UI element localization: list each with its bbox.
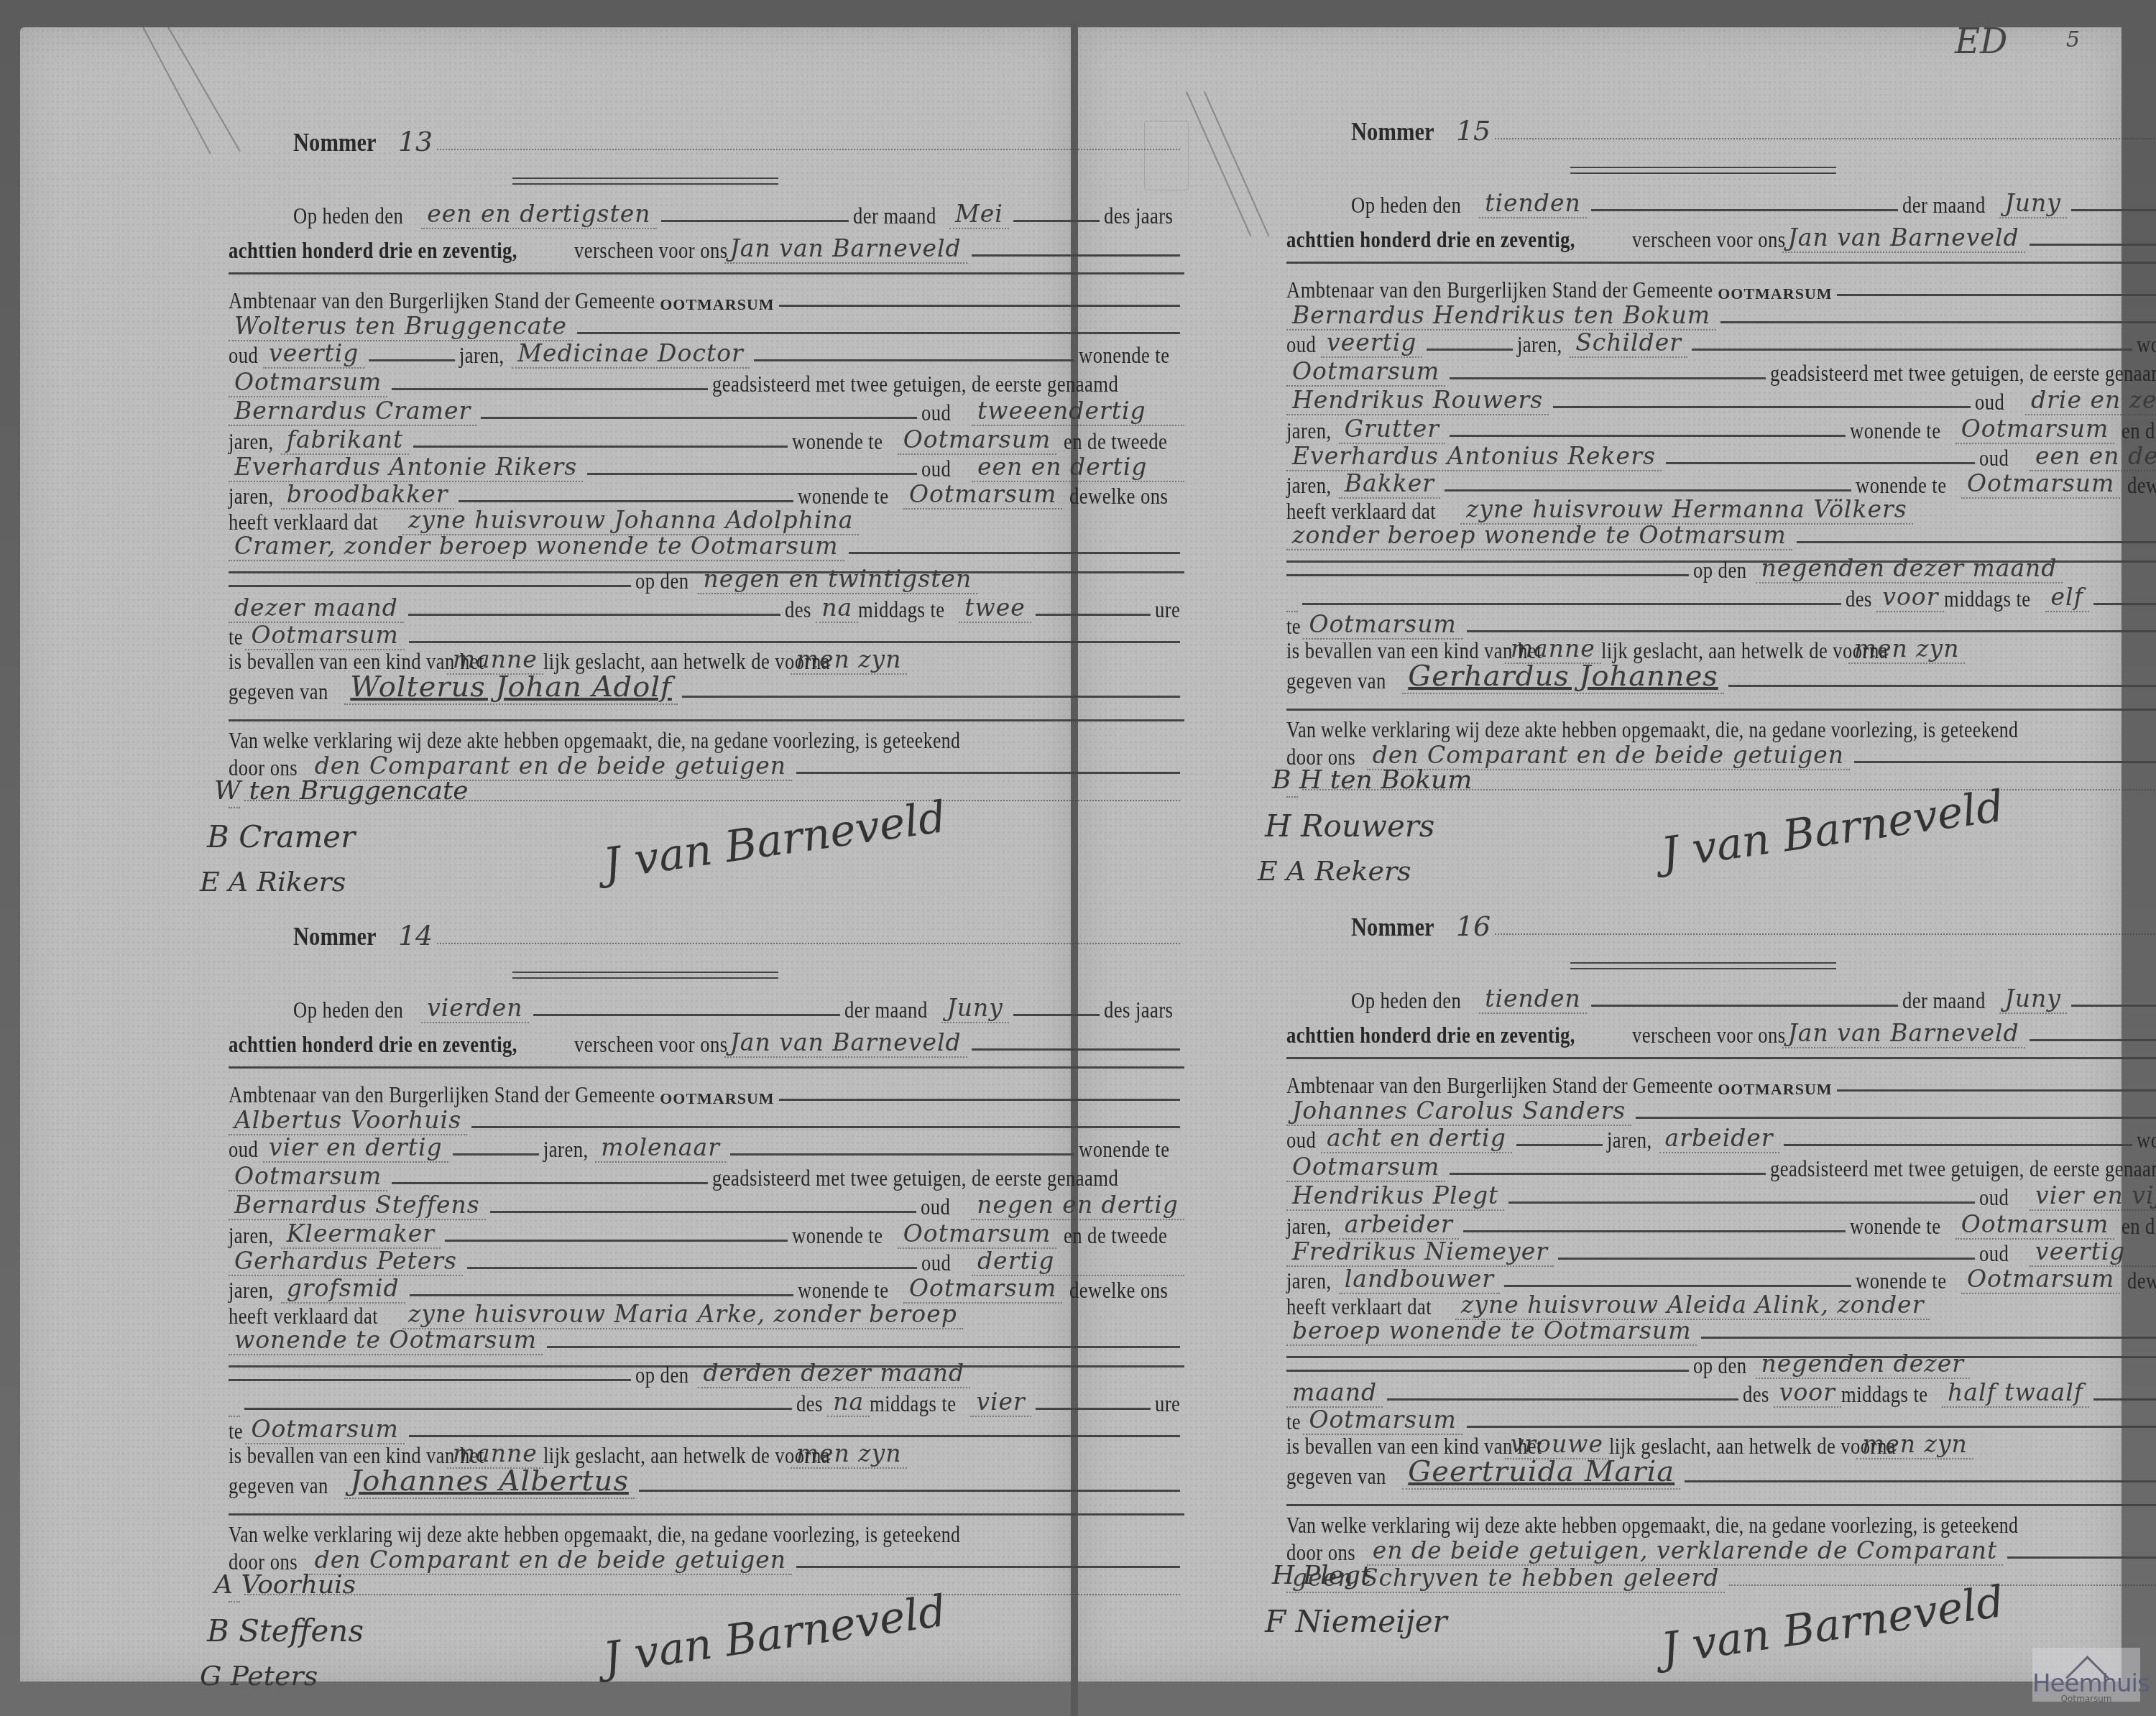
row-op-heden: Op heden den tienden der maand Juny des … — [1286, 187, 2156, 218]
fill-line — [413, 446, 788, 448]
nommer-number: 15 — [1456, 115, 1491, 147]
signature-2: B Cramer — [207, 819, 355, 854]
rule — [229, 719, 1184, 721]
pencil-stroke — [1186, 91, 1251, 236]
fill-line — [1516, 1144, 1603, 1146]
fill-line — [481, 417, 917, 419]
field-declarant-occupation: molenaar — [595, 1133, 726, 1163]
printed-text: oud — [921, 400, 964, 426]
fill-line — [1427, 349, 1513, 351]
field-birth-day: negen en twintigsten — [698, 565, 978, 594]
printed-text: wonende te — [2137, 332, 2156, 358]
signature-3: E A Rikers — [200, 866, 346, 898]
field-declarant-age: vier en dertig — [263, 1133, 448, 1163]
rule — [1286, 709, 2156, 711]
fill-line — [369, 359, 455, 361]
row-witness1: Bernardus Steffens oud negen en dertig — [229, 1189, 1184, 1220]
fill-line — [1450, 1173, 1765, 1175]
nommer-number: 16 — [1456, 910, 1491, 942]
printed-text: jaren, — [1517, 332, 1562, 358]
fill-line — [1387, 1398, 1738, 1401]
field-witness1-age: vier en vijftig — [2030, 1181, 2156, 1211]
printed-text: gegeven van — [1286, 668, 1386, 694]
printed-text: verscheen voor ons — [574, 1032, 728, 1058]
fill-line — [577, 332, 1180, 334]
field-declarant-age: veertig — [1321, 328, 1422, 358]
row-child-names: gegeven van Wolterus Johan Adolf — [229, 673, 1184, 705]
fill-line — [1728, 685, 2156, 687]
double-rule — [1570, 962, 1836, 969]
field-child-names: Johannes Albertus — [344, 1464, 635, 1499]
dotted-line — [1495, 138, 2156, 139]
signature-1: W ten Bruggencate — [214, 776, 469, 806]
fill-line — [1013, 220, 1100, 222]
fill-line — [682, 696, 1180, 698]
fill-line — [392, 388, 707, 390]
fill-line — [779, 305, 1180, 307]
fill-line — [754, 359, 1074, 361]
fill-line — [972, 254, 1180, 257]
field-witness1-name: Bernardus Steffens — [229, 1191, 486, 1220]
signature-3: E A Rekers — [1258, 855, 1411, 887]
fill-line — [1837, 1089, 2156, 1092]
row-child-names: gegeven van Geertruida Maria — [1286, 1458, 2156, 1490]
printed-text: wonende te — [1079, 343, 1169, 369]
row-declarant-residence: Ootmarsum geadsisteerd met twee getuigen… — [1286, 355, 2156, 387]
row-year: achttien honderd drie en zeventig, versc… — [229, 232, 1184, 264]
printed-text: op den — [635, 1362, 688, 1388]
field-witness1-name: Bernardus Cramer — [229, 397, 476, 426]
heemhuis-watermark: Heemhuis Ootmarsum — [2032, 1648, 2140, 1702]
field-day: tienden — [1479, 984, 1587, 1014]
fill-line — [1036, 614, 1151, 616]
printed-text: Op heden den — [1351, 193, 1461, 218]
fill-line — [1558, 1258, 1975, 1260]
printed-text: op den — [635, 568, 688, 594]
field-birth-day: negenden dezer — [1756, 1350, 1970, 1379]
printed-text: op den — [1693, 558, 1746, 583]
nommer-number: 13 — [398, 126, 433, 157]
field-official: Jan van Barneveld — [724, 234, 967, 264]
printed-year: achttien honderd drie en zeventig, — [229, 1032, 517, 1058]
rule — [229, 272, 1184, 275]
row-declarant-residence: Ootmarsum geadsisteerd met twee getuigen… — [1286, 1150, 2156, 1182]
printed-text: geadsisteerd met twee getuigen, de eerst… — [712, 1166, 1118, 1191]
printed-text: verscheen voor ons — [574, 238, 728, 264]
fill-line — [2093, 1398, 2156, 1401]
rule — [1286, 1057, 2156, 1059]
fill-line — [229, 585, 631, 587]
fill-line — [2071, 209, 2156, 211]
fill-line — [2030, 244, 2156, 246]
row-statement-2: wonende te Ootmarsum — [229, 1324, 1184, 1355]
fill-line — [1784, 1144, 2132, 1146]
row-year: achttien honderd drie en zeventig, versc… — [229, 1026, 1184, 1058]
fill-line — [587, 473, 917, 475]
fill-line — [779, 1099, 1180, 1101]
fill-line — [471, 1126, 1180, 1128]
field-signed-by-2 — [229, 807, 240, 808]
printed-text: Op heden den — [293, 203, 403, 229]
field-birth-day: derden dezer maand — [698, 1359, 971, 1388]
field-child-names: Wolterus Johan Adolf — [344, 670, 678, 705]
row-declarant-residence: Ootmarsum geadsisteerd met twee getuigen… — [229, 1160, 1184, 1191]
field-declarant-residence: Ootmarsum — [229, 1162, 387, 1191]
fill-line — [547, 1346, 1180, 1348]
field-month: Juny — [1999, 984, 2067, 1014]
printed-text: oud — [229, 343, 258, 369]
signature-1: A Voorhuis — [214, 1570, 356, 1600]
row-declarant-age: oud veertig jaren, Medicinae Doctor wone… — [229, 337, 1184, 369]
row-declarant-age: oud veertig jaren, Schilder wonende te — [1286, 326, 2156, 358]
fill-line — [1508, 1201, 1975, 1204]
fill-line — [1450, 377, 1765, 379]
printed-text: oud — [1286, 1127, 1316, 1153]
field-day: een en dertigsten — [421, 200, 656, 229]
printed-text: des jaars — [1104, 203, 1173, 229]
row-statement-2: beroep wonende te Ootmarsum — [1286, 1314, 2156, 1346]
signature-2: H Rouwers — [1265, 808, 1434, 844]
rule — [1286, 262, 2156, 264]
signature-2: B Steffens — [207, 1613, 364, 1648]
printed-year: achttien honderd drie en zeventig, — [1286, 227, 1575, 253]
field-declarant-age: acht en dertig — [1321, 1124, 1512, 1153]
printed-text: oud — [229, 1137, 258, 1163]
fill-line — [796, 772, 1180, 774]
row-op-heden: Op heden den vierden der maand Juny des … — [229, 992, 1184, 1023]
nommer-label: Nommer — [1351, 116, 1434, 147]
field-witness1-age: drie en zeventig — [2025, 386, 2156, 415]
fill-line — [467, 1267, 917, 1269]
page-number: 5 — [2066, 27, 2080, 52]
field-statement-2: Cramer, zonder beroep wonende te Ootmars… — [229, 532, 844, 561]
printed-text: oud — [1975, 389, 2018, 415]
printed-text: oud — [1286, 332, 1316, 358]
printed-text: Op heden den — [293, 997, 403, 1023]
field-witness1-age: tweeendertig — [972, 397, 1184, 426]
row-op-heden: Op heden den tienden der maand Juny des … — [1286, 982, 2156, 1014]
printed-text: des jaars — [1104, 997, 1173, 1023]
field-declarant-residence: Ootmarsum — [1286, 357, 1445, 387]
nommer-heading: Nommer 13 — [293, 126, 1184, 157]
row-op-den: op den negen en twintigsten — [229, 563, 1184, 594]
printed-text: geadsisteerd met twee getuigen, de eerst… — [1770, 361, 2156, 387]
dotted-line — [437, 149, 1180, 150]
printed-text: op den — [1693, 1353, 1746, 1379]
printed-text: der maand — [1902, 193, 1986, 218]
nommer-number: 14 — [398, 920, 433, 951]
dotted-line — [1495, 933, 2156, 935]
field-declarant-occupation: Schilder — [1570, 328, 1687, 358]
fill-line — [1666, 462, 1975, 464]
printed-text: wonende te — [2137, 1127, 2156, 1153]
row-witness1: Hendrikus Plegt oud vier en vijftig — [1286, 1179, 2156, 1211]
rule — [229, 1513, 1184, 1516]
printed-text: jaren, — [1607, 1127, 1652, 1153]
field-official: Jan van Barneveld — [1782, 223, 2025, 253]
printed-text: der maand — [853, 203, 936, 229]
row-door-ons-2 — [229, 1571, 1184, 1602]
field-witness1-age: negen en dertig — [971, 1191, 1184, 1220]
field-day: tienden — [1479, 189, 1587, 218]
field-declarant-occupation: Medicinae Doctor — [512, 339, 750, 369]
nommer-label: Nommer — [293, 127, 377, 157]
row-op-heden: Op heden den een en dertigsten der maand… — [229, 198, 1184, 229]
double-rule — [512, 972, 778, 979]
row-door-ons-2: geen Schryven te hebben geleerd — [1286, 1562, 2156, 1593]
fill-line — [1286, 574, 1689, 576]
printed-text: oud — [1979, 1185, 2022, 1211]
nommer-heading: Nommer 16 — [1351, 910, 2156, 942]
signature-1: B H ten Bokum — [1272, 765, 1472, 795]
nommer-label: Nommer — [1351, 912, 1434, 942]
printed-text: Op heden den — [1351, 988, 1461, 1014]
row-witness1: Hendrikus Rouwers oud drie en zeventig — [1286, 384, 2156, 415]
printed-text: oud — [921, 1194, 964, 1220]
fill-line — [1854, 761, 2156, 763]
fill-line — [1692, 349, 2132, 351]
field-statement-2: zonder beroep wonende te Ootmarsum — [1286, 521, 1792, 550]
field-month: Mei — [949, 200, 1009, 229]
field-declarant-occupation: arbeider — [1659, 1124, 1779, 1153]
fill-line — [1685, 1480, 2156, 1482]
fill-line — [639, 1490, 1180, 1492]
fill-line — [796, 1566, 1180, 1568]
dotted-line — [244, 1594, 1180, 1595]
row-witness1: Bernardus Cramer oud tweeendertig — [229, 395, 1184, 426]
double-rule — [1570, 167, 1836, 174]
row-child-names: gegeven van Gerhardus Johannes — [1286, 663, 2156, 694]
row-op-den: op den derden dezer maand — [229, 1357, 1184, 1388]
fill-line — [453, 1153, 539, 1155]
printed-text: der maand — [844, 997, 928, 1023]
fill-line — [392, 1182, 707, 1184]
fill-line — [2071, 1005, 2156, 1007]
field-declarant-age: veertig — [263, 339, 364, 369]
row-year: achttien honderd drie en zeventig, versc… — [1286, 221, 2156, 253]
printed-text: geadsisteerd met twee getuigen, de eerst… — [1770, 1156, 2156, 1182]
rule — [1286, 1504, 2156, 1506]
fill-line — [1797, 541, 2156, 543]
watermark-place: Ootmarsum — [2032, 1694, 2140, 1704]
fill-line — [1591, 209, 1898, 211]
fill-line — [1302, 603, 1841, 605]
field-statement-2: beroep wonende te Ootmarsum — [1286, 1316, 1697, 1346]
fill-line — [1591, 1005, 1898, 1007]
field-day: vierden — [421, 994, 528, 1023]
field-witness1-name: Hendrikus Plegt — [1286, 1181, 1504, 1211]
printed-text: gegeven van — [229, 679, 328, 705]
pencil-stroke — [1204, 91, 1269, 236]
fill-line — [1286, 1370, 1689, 1372]
fill-line — [1553, 406, 1971, 408]
pencil-stroke — [142, 27, 211, 154]
nommer-heading: Nommer 14 — [293, 920, 1184, 951]
field-declarant-residence: Ootmarsum — [229, 368, 387, 397]
printed-text: gegeven van — [229, 1473, 328, 1499]
field-official: Jan van Barneveld — [724, 1028, 967, 1058]
signature-2: F Niemeijer — [1265, 1604, 1447, 1639]
printed-text: verscheen voor ons — [1632, 227, 1786, 253]
fill-line — [459, 500, 793, 502]
fill-line — [490, 1211, 917, 1213]
field-child-names: Gerhardus Johannes — [1402, 660, 1724, 694]
fill-line — [2007, 1556, 2156, 1559]
field-witness1-name: Hendrikus Rouwers — [1286, 386, 1549, 415]
fill-line — [1720, 321, 2156, 323]
field-child-names: Geertruida Maria — [1402, 1455, 1680, 1490]
row-child-names: gegeven van Johannes Albertus — [229, 1467, 1184, 1499]
fill-line — [1636, 1117, 2156, 1119]
nommer-heading: Nommer 15 — [1351, 115, 2156, 147]
printed-year: achttien honderd drie en zeventig, — [1286, 1023, 1575, 1048]
fill-line — [1701, 1337, 2156, 1339]
fill-line — [661, 220, 849, 222]
printed-text: gegeven van — [1286, 1464, 1386, 1490]
fill-line — [410, 1294, 793, 1296]
row-declarant-age: oud vier en dertig jaren, molenaar wonen… — [229, 1131, 1184, 1163]
fill-line — [1013, 1014, 1100, 1016]
field-birth-day: negenden dezer maand — [1756, 554, 2063, 583]
printed-text: wonende te — [1079, 1137, 1169, 1163]
row-declarant-age: oud acht en dertig jaren, arbeider wonen… — [1286, 1122, 2156, 1153]
field-month: Juny — [1999, 189, 2067, 218]
fill-line — [445, 1240, 788, 1242]
fill-line — [730, 1153, 1074, 1155]
row-statement-2: zonder beroep wonende te Ootmarsum — [1286, 519, 2156, 550]
fill-line — [1450, 435, 1846, 437]
fill-line — [1463, 1230, 1846, 1232]
fill-line — [1504, 1285, 1851, 1287]
printed-text: geadsisteerd met twee getuigen, de eerst… — [712, 372, 1118, 397]
fill-line — [1445, 489, 1851, 492]
nommer-label: Nommer — [293, 921, 377, 951]
fill-line — [1837, 294, 2156, 296]
fill-line — [972, 1048, 1180, 1051]
row-statement-2: Cramer, zonder beroep wonende te Ootmars… — [229, 530, 1184, 561]
row-year: achttien honderd drie en zeventig, versc… — [1286, 1017, 2156, 1048]
rule — [229, 1066, 1184, 1069]
printed-text: der maand — [1902, 988, 1986, 1014]
printed-text: verscheen voor ons — [1632, 1023, 1786, 1048]
folio-mark: ED — [1955, 22, 2008, 62]
fill-line — [244, 1408, 792, 1410]
fill-line — [2093, 603, 2156, 605]
field-signed-by-2 — [229, 1601, 240, 1602]
fill-line — [408, 614, 781, 616]
printed-text: jaren, — [459, 343, 505, 369]
row-op-den: op den negenden dezer maand — [1286, 552, 2156, 583]
field-declarant-residence: Ootmarsum — [1286, 1153, 1445, 1182]
fill-line — [2030, 1039, 2156, 1041]
signature-3: G Peters — [200, 1660, 318, 1692]
signature-1: H Plegt — [1272, 1561, 1370, 1590]
printed-year: achttien honderd drie en zeventig, — [229, 238, 517, 264]
fill-line — [533, 1014, 840, 1016]
field-statement-2: wonende te Ootmarsum — [229, 1326, 543, 1355]
field-official: Jan van Barneveld — [1782, 1019, 2025, 1048]
pencil-stroke — [167, 27, 241, 152]
row-declarant-residence: Ootmarsum geadsisteerd met twee getuigen… — [229, 366, 1184, 397]
field-signed-by-2 — [1286, 796, 1298, 798]
fill-line — [849, 552, 1181, 554]
dotted-line — [437, 943, 1180, 944]
fill-line — [229, 1379, 631, 1381]
fill-line — [1036, 1408, 1151, 1410]
printed-text: jaren, — [543, 1137, 589, 1163]
field-month: Juny — [941, 994, 1009, 1023]
row-op-den: op den negenden dezer — [1286, 1347, 2156, 1379]
double-rule — [512, 177, 778, 185]
